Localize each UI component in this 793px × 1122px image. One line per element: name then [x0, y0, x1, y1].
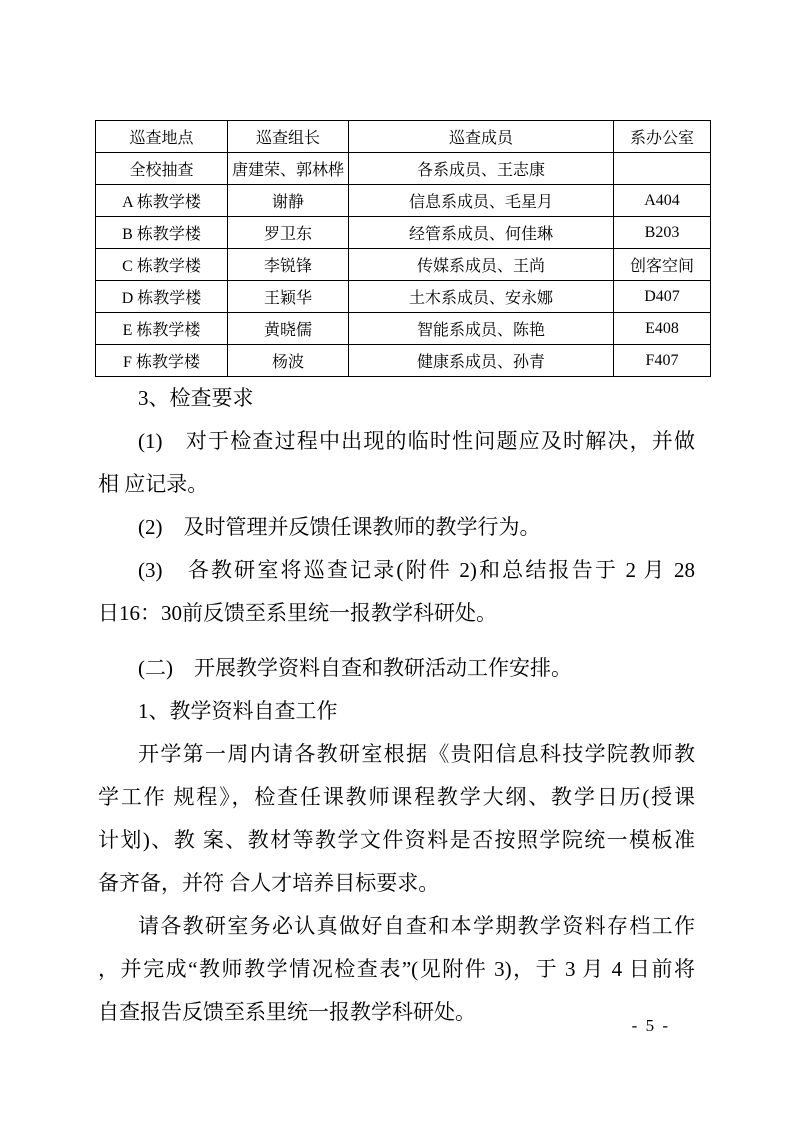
text-line: (2) 及时管理并反馈任课教师的教学行为。 — [98, 506, 695, 549]
table-cell: A404 — [614, 185, 711, 217]
table-cell: 罗卫东 — [228, 217, 349, 249]
table-cell: C 栋教学楼 — [96, 249, 228, 281]
document-body: 3、检查要求 (1) 对于检查过程中出现的临时性问题应及时解决，并做 相 应记录… — [98, 377, 695, 1034]
text-line: 日16：30前反馈至系里统一报教学科研处。 — [98, 592, 695, 635]
text-line: 开学第一周内请各教研室根据《贵阳信息科技学院教师教 — [98, 733, 695, 776]
table-header-cell: 巡查组长 — [228, 121, 349, 153]
table-row: B 栋教学楼 罗卫东 经管系成员、何佳琳 B203 — [96, 217, 711, 249]
table-cell: 黄晓儒 — [228, 313, 349, 345]
table-cell: E408 — [614, 313, 711, 345]
table-cell: 经管系成员、何佳琳 — [349, 217, 614, 249]
table-row: A 栋教学楼 谢静 信息系成员、毛星月 A404 — [96, 185, 711, 217]
table-cell: 创客空间 — [614, 249, 711, 281]
text-line: (1) 对于检查过程中出现的临时性问题应及时解决，并做 — [98, 420, 695, 463]
table-row: D 栋教学楼 王颖华 土木系成员、安永娜 D407 — [96, 281, 711, 313]
table-row: C 栋教学楼 李锐锋 传媒系成员、王尚 创客空间 — [96, 249, 711, 281]
table-cell: 谢静 — [228, 185, 349, 217]
table-cell: 信息系成员、毛星月 — [349, 185, 614, 217]
text-line: (3) 各教研室将巡查记录(附件 2)和总结报告于 2 月 28 — [98, 549, 695, 592]
table-cell: F407 — [614, 345, 711, 377]
text-line-heading: 3、检查要求 — [98, 377, 695, 420]
table-cell: 王颖华 — [228, 281, 349, 313]
table-cell: 健康系成员、孙青 — [349, 345, 614, 377]
table-header-cell: 巡查成员 — [349, 121, 614, 153]
text-line: ，并完成“教师教学情况检查表”(见附件 3)，于 3 月 4 日前将 — [98, 948, 695, 991]
text-line-heading: 1、教学资料自查工作 — [98, 690, 695, 733]
table-row: 全校抽查 唐建荣、郭林桦 各系成员、王志康 — [96, 153, 711, 185]
table-cell: D407 — [614, 281, 711, 313]
table-cell: 唐建荣、郭林桦 — [228, 153, 349, 185]
table-cell: 各系成员、王志康 — [349, 153, 614, 185]
document-page: 巡查地点 巡查组长 巡查成员 系办公室 全校抽查 唐建荣、郭林桦 各系成员、王志… — [0, 0, 793, 1122]
text-line-section-heading: (二) 开展教学资料自查和教研活动工作安排。 — [98, 647, 695, 690]
table-cell: B 栋教学楼 — [96, 217, 228, 249]
text-line: 请各教研室务必认真做好自查和本学期教学资料存档工作 — [98, 905, 695, 948]
text-line: 备齐备，并符 合人才培养目标要求。 — [98, 862, 695, 905]
text-line: 相 应记录。 — [98, 463, 695, 506]
table-cell: D 栋教学楼 — [96, 281, 228, 313]
table-row: E 栋教学楼 黄晓儒 智能系成员、陈艳 E408 — [96, 313, 711, 345]
table-cell — [614, 153, 711, 185]
text-line: 自查报告反馈至系里统一报教学科研处。 — [98, 991, 695, 1034]
table-cell: 杨波 — [228, 345, 349, 377]
table-cell: E 栋教学楼 — [96, 313, 228, 345]
table-cell: 李锐锋 — [228, 249, 349, 281]
text-line: 学工作 规程》，检查任课教师课程教学大纲、教学日历(授课 — [98, 776, 695, 819]
table-cell: 智能系成员、陈艳 — [349, 313, 614, 345]
table-header-row: 巡查地点 巡查组长 巡查成员 系办公室 — [96, 121, 711, 153]
table-cell: F 栋教学楼 — [96, 345, 228, 377]
table-cell: B203 — [614, 217, 711, 249]
page-number: - 5 - — [632, 1016, 670, 1036]
table-cell: 全校抽查 — [96, 153, 228, 185]
table-row: F 栋教学楼 杨波 健康系成员、孙青 F407 — [96, 345, 711, 377]
patrol-assignment-table: 巡查地点 巡查组长 巡查成员 系办公室 全校抽查 唐建荣、郭林桦 各系成员、王志… — [95, 120, 711, 377]
text-line: 计划)、教 案、教材等教学文件资料是否按照学院统一模板准 — [98, 819, 695, 862]
table-header-cell: 巡查地点 — [96, 121, 228, 153]
table-cell: A 栋教学楼 — [96, 185, 228, 217]
table-header-cell: 系办公室 — [614, 121, 711, 153]
table-cell: 土木系成员、安永娜 — [349, 281, 614, 313]
table-cell: 传媒系成员、王尚 — [349, 249, 614, 281]
